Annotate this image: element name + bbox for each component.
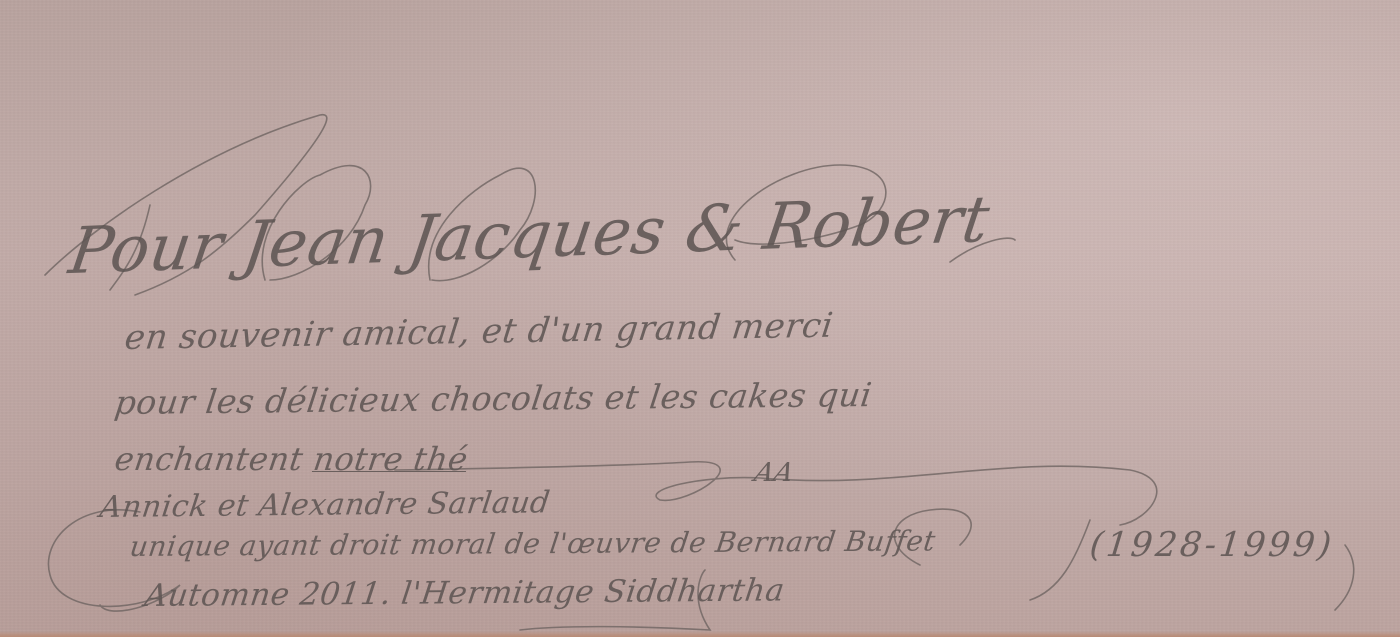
date-place-line: Automne 2011. l'Hermitage Siddhartha: [143, 572, 787, 614]
artist-dates: (1928-1999): [1088, 525, 1336, 565]
paper-bottom-edge: [0, 631, 1400, 637]
dedication-line-3-underlined: notre thé: [311, 440, 470, 478]
signature-names: Annick et Alexandre Sarlaud: [98, 485, 553, 525]
dedication-line-2: pour les délicieux chocolats et les cake…: [112, 375, 874, 422]
initials-signature: AA: [751, 458, 797, 488]
dedication-line-3-start: enchantent: [112, 440, 305, 478]
rights-holder-line: unique ayant droit moral de l'œuvre de B…: [128, 524, 938, 563]
dedication-line-3: enchantent notre thé: [112, 440, 470, 478]
